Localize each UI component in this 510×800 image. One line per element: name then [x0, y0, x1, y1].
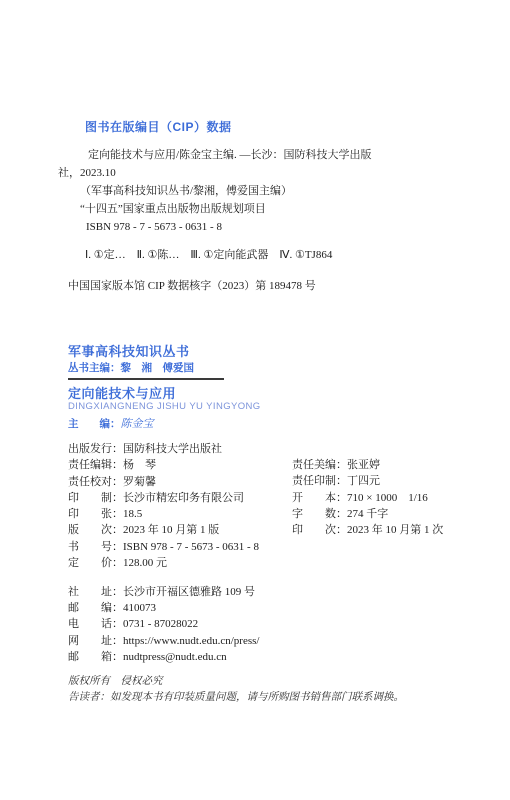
contact-label: 社 址： [68, 586, 123, 598]
colophon-value: 2023 年 10 月第 1 次 [347, 524, 443, 536]
cip-entry-line2: 社，2023.10 [58, 164, 372, 182]
colophon-row-printer: 印 制：长沙市精宏印务有限公司 [68, 490, 259, 506]
colophon-label: 书 号： [68, 541, 123, 553]
colophon-row-proofreader: 责任校对：罗菊馨 [68, 474, 259, 490]
contact-value: 0731 - 87028022 [123, 618, 198, 630]
colophon-label: 印 张： [68, 508, 123, 520]
colophon-row-sheets: 印 张：18.5 [68, 506, 259, 522]
colophon-row-edition: 版 次：2023 年 10 月第 1 版 [68, 522, 259, 538]
cip-record-number: 中国国家版本馆 CIP 数据核字（2023）第 189478 号 [68, 277, 316, 293]
contact-label: 邮 箱： [68, 651, 123, 663]
colophon-label: 出版发行： [68, 443, 123, 455]
colophon-row-format: 开 本：710 × 1000 1/16 [292, 490, 443, 506]
contact-email-address: nudtpress@nudt.edu.cn [123, 651, 227, 663]
colophon-value: 国防科技大学出版社 [123, 443, 222, 455]
chief-editor-label: 主 编： [68, 418, 121, 430]
cip-classification: Ⅰ. ①定… Ⅱ. ①陈… Ⅲ. ①定向能武器 Ⅳ. ①TJ864 [85, 246, 332, 262]
cip-entry-block: 定向能技术与应用/陈金宝主编. —长沙：国防科技大学出版 社，2023.10 （… [58, 146, 372, 236]
book-title-pinyin: DINGXIANGNENG JISHU YU YINGYONG [68, 401, 261, 412]
colophon-label: 责任编辑： [68, 459, 123, 471]
contact-value: 长沙市开福区德雅路 109 号 [123, 586, 255, 598]
chief-editor-row: 主 编：陈金宝 [68, 415, 154, 431]
cip-entry-line1: 定向能技术与应用/陈金宝主编. —长沙：国防科技大学出版 [88, 146, 372, 164]
contact-row-email: 邮 箱：nudtpress@nudt.edu.cn [68, 649, 259, 665]
series-title: 军事高科技知识丛书 [68, 341, 190, 360]
rights-statement: 版权所有 侵权必究 [68, 674, 404, 690]
colophon-row-editor: 责任编辑：杨 琴 [68, 457, 259, 473]
colophon-value: 罗菊馨 [123, 476, 156, 488]
copyright-notice: 版权所有 侵权必究 告读者：如发现本书有印装质量问题，请与所购图书销售部门联系调… [68, 674, 404, 705]
colophon-value: 2023 年 10 月第 1 版 [123, 524, 219, 536]
contact-label: 电 话： [68, 618, 123, 630]
title-divider [68, 378, 224, 380]
colophon-label: 责任美编： [292, 459, 347, 471]
contact-row-phone: 电 话：0731 - 87028022 [68, 616, 259, 632]
contact-row-website: 网 址：https://www.nudt.edu.cn/press/ [68, 633, 259, 649]
contact-value: 410073 [123, 602, 156, 614]
colophon-row-art-editor: 责任美编：张亚婷 [292, 457, 443, 473]
chief-editor-name: 陈金宝 [121, 418, 154, 430]
contact-row-postcode: 邮 编：410073 [68, 600, 259, 616]
colophon-row-publisher: 出版发行：国防科技大学出版社 [68, 441, 259, 457]
colophon-label: 印 制： [68, 492, 123, 504]
colophon-label: 责任印制： [292, 475, 347, 487]
cip-series-note: （军事高科技知识丛书/黎湘，傅爱国主编） [80, 182, 372, 200]
colophon-label: 印 次： [292, 524, 347, 536]
colophon-value: 128.00 元 [123, 557, 167, 569]
colophon-value: 丁四元 [347, 475, 380, 487]
colophon-label: 责任校对： [68, 476, 123, 488]
colophon-value: 张亚婷 [347, 459, 380, 471]
colophon-row-price: 定 价：128.00 元 [68, 555, 259, 571]
colophon-row-word-count: 字 数：274 千字 [292, 506, 443, 522]
copyright-page: 图书在版编目（CIP）数据 定向能技术与应用/陈金宝主编. —长沙：国防科技大学… [0, 0, 510, 800]
colophon-value: 18.5 [123, 508, 142, 520]
cip-isbn: ISBN 978 - 7 - 5673 - 0631 - 8 [86, 218, 372, 236]
cip-header: 图书在版编目（CIP）数据 [85, 118, 232, 135]
colophon-value: 274 千字 [347, 508, 388, 520]
colophon-left-column: 出版发行：国防科技大学出版社 责任编辑：杨 琴 责任校对：罗菊馨 印 制：长沙市… [68, 441, 259, 571]
colophon-value: 710 × 1000 1/16 [347, 492, 428, 504]
colophon-value: 长沙市精宏印务有限公司 [123, 492, 244, 504]
colophon-value: 杨 琴 [123, 459, 156, 471]
colophon-label: 版 次： [68, 524, 123, 536]
colophon-row-isbn: 书 号：ISBN 978 - 7 - 5673 - 0631 - 8 [68, 539, 259, 555]
contact-block: 社 址：长沙市开福区德雅路 109 号 邮 编：410073 电 话：0731 … [68, 584, 259, 665]
contact-website-url: https://www.nudt.edu.cn/press/ [123, 635, 259, 647]
colophon-right-column: 责任美编：张亚婷 责任印制：丁四元 开 本：710 × 1000 1/16 字 … [292, 457, 443, 538]
colophon-value: ISBN 978 - 7 - 5673 - 0631 - 8 [123, 541, 259, 553]
colophon-label: 字 数： [292, 508, 347, 520]
colophon-row-impression: 印 次：2023 年 10 月第 1 次 [292, 522, 443, 538]
colophon-row-print-supervisor: 责任印制：丁四元 [292, 473, 443, 489]
contact-row-address: 社 址：长沙市开福区德雅路 109 号 [68, 584, 259, 600]
series-editors: 丛书主编：黎 湘 傅爱国 [68, 360, 194, 375]
colophon-label: 开 本： [292, 492, 347, 504]
colophon-label: 定 价： [68, 557, 123, 569]
contact-label: 网 址： [68, 635, 123, 647]
contact-label: 邮 编： [68, 602, 123, 614]
cip-project-note: “十四五”国家重点出版物出版规划项目 [80, 200, 372, 218]
readers-notice: 告读者：如发现本书有印装质量问题，请与所购图书销售部门联系调换。 [68, 690, 404, 706]
book-title: 定向能技术与应用 [68, 383, 176, 402]
